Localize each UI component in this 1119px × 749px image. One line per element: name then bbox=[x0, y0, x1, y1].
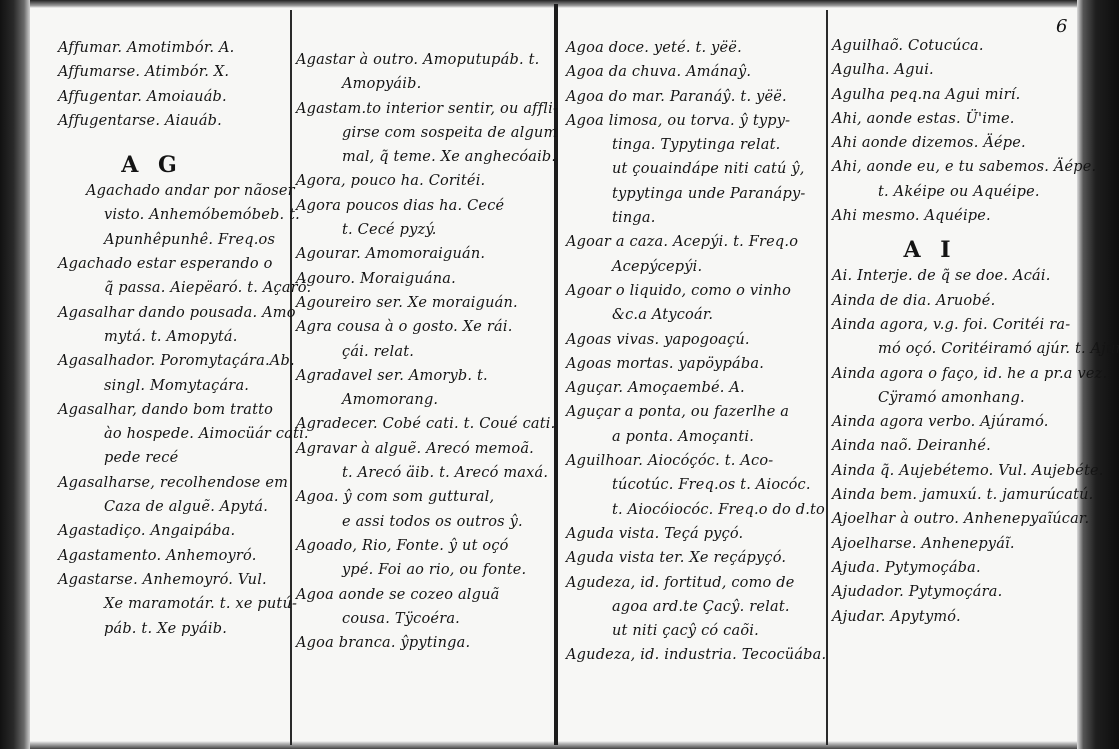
dictionary-entry: Agoa. ŷ com som guttural, bbox=[296, 485, 550, 509]
dictionary-entry: Agora, pouco ha. Coritéi. bbox=[296, 169, 550, 193]
entry-continuation-line: mal, q̃ teme. Xe anghecóaib. bbox=[296, 145, 550, 169]
dictionary-entry: Ainda de dia. Aruobé. bbox=[832, 289, 1068, 313]
scan-edge-top bbox=[0, 0, 1119, 8]
entry-continuation-line: ào hospede. Aimocüár cati. bbox=[58, 422, 286, 446]
dictionary-column-2: Agastar à outro. Amoputupáb. t.Amopyáib.… bbox=[296, 48, 550, 655]
dictionary-entry: Agoas mortas. yapöypába. bbox=[566, 352, 822, 376]
dictionary-entry: Aguda vista ter. Xe reçápyçó. bbox=[566, 546, 822, 570]
entry-continuation-line: túcotúc. Freq.os t. Aiocóc. bbox=[566, 473, 822, 497]
dictionary-entry: Agulha. Agui. bbox=[832, 58, 1068, 82]
dictionary-entry: Agasalhador. Poromytaçára.Ab. bbox=[58, 349, 286, 373]
entry-continuation-line: Amomorang. bbox=[296, 388, 550, 412]
dictionary-entry: Agra cousa à o gosto. Xe rái. bbox=[296, 315, 550, 339]
dictionary-entry: Agoureiro ser. Xe moraiguán. bbox=[296, 291, 550, 315]
entry-continuation-line: typytinga unde Paranápy- bbox=[566, 182, 822, 206]
entry-continuation-line: páb. t. Xe pyáib. bbox=[58, 617, 286, 641]
dictionary-entry: Affumarse. Atimbór. X. bbox=[58, 60, 286, 84]
dictionary-entry: Ajoelhar à outro. Anhenepyaĩúcar. bbox=[832, 507, 1068, 531]
entry-continuation-line: e assi todos os outros ŷ. bbox=[296, 510, 550, 534]
scan-edge-left bbox=[0, 0, 30, 749]
section-heading-ai: A I bbox=[832, 228, 1068, 264]
dictionary-entry: Aguçar. Amoçaembé. A. bbox=[566, 376, 822, 400]
entry-continuation-line: t. Arecó äib. t. Arecó maxá. bbox=[296, 461, 550, 485]
dictionary-entry: Agastamento. Anhemoyró. bbox=[58, 544, 286, 568]
entry-continuation-line: Xe maramotár. t. xe putú- bbox=[58, 592, 286, 616]
dictionary-entry: Agoa doce. yeté. t. yëë. bbox=[566, 36, 822, 60]
dictionary-column-4: Aguilhaõ. Cotucúca.Agulha. Agui.Agulha p… bbox=[832, 34, 1068, 629]
dictionary-entry: Aguda vista. Teçá pyçó. bbox=[566, 522, 822, 546]
dictionary-entry: Agoado, Rio, Fonte. ŷ ut oçó bbox=[296, 534, 550, 558]
dictionary-entry: Agoa do mar. Paranáŷ. t. yëë. bbox=[566, 85, 822, 109]
dictionary-entry: Ainda q̃. Aujebétemo. Vul. Aujebéte. bbox=[832, 459, 1068, 483]
dictionary-entry: Agasalhar dando pousada. Amo bbox=[58, 301, 286, 325]
section-heading-ag: A G bbox=[58, 143, 286, 179]
scan-edge-bottom bbox=[0, 741, 1119, 749]
dictionary-entry: Ahi mesmo. Aquéipe. bbox=[832, 204, 1068, 228]
entry-continuation-line: Acepýcepýi. bbox=[566, 255, 822, 279]
entry-continuation-line: singl. Momytaçára. bbox=[58, 374, 286, 398]
dictionary-column-1: Affumar. Amotimbór. A.Affumarse. Atimbór… bbox=[58, 36, 286, 641]
entries: Agoa doce. yeté. t. yëë.Agoa da chuva. A… bbox=[566, 36, 822, 668]
entry-continuation-line: Caza de alguẽ. Apytá. bbox=[58, 495, 286, 519]
dictionary-entry: Aguilhaõ. Cotucúca. bbox=[832, 34, 1068, 58]
dictionary-entry: Ajoelharse. Anhenepyáĩ. bbox=[832, 532, 1068, 556]
entry-continuation-line: Apunhêpunhê. Freq.os bbox=[58, 228, 286, 252]
entry-continuation-line: &c.a Atycoár. bbox=[566, 303, 822, 327]
dictionary-entry: Ahi, aonde estas. Ü'ime. bbox=[832, 107, 1068, 131]
dictionary-entry: Agoar a caza. Acepýi. t. Freq.o bbox=[566, 230, 822, 254]
dictionary-entry: Ainda bem. jamuxú. t. jamurúcatú. bbox=[832, 483, 1068, 507]
entry-continuation-line: a ponta. Amoçanti. bbox=[566, 425, 822, 449]
dictionary-entry: Ahi, aonde eu, e tu sabemos. Äépe. bbox=[832, 155, 1068, 179]
dictionary-entry: Agoa branca. ŷpytinga. bbox=[296, 631, 550, 655]
dictionary-entry: Agravar à alguẽ. Arecó memoã. bbox=[296, 437, 550, 461]
entry-continuation-line: visto. Anhemóbemóbeb. t. bbox=[58, 203, 286, 227]
dictionary-entry: Ajudar. Apytymó. bbox=[832, 605, 1068, 629]
dictionary-entry: Ajuda. Pytymoçába. bbox=[832, 556, 1068, 580]
entry-continuation-line: mó oçó. Coritéiramó ajúr. t. Ajúra- bbox=[832, 337, 1068, 361]
entry-continuation-line: ut çouaindápe niti catú ŷ, bbox=[566, 157, 822, 181]
entry-continuation-line: Agachado andar por nãoser bbox=[58, 179, 286, 203]
entry-continuation-line: mytá. t. Amopytá. bbox=[58, 325, 286, 349]
entry-continuation-line: ypé. Foi ao rio, ou fonte. bbox=[296, 558, 550, 582]
dictionary-entry: Agouro. Moraiguána. bbox=[296, 267, 550, 291]
dictionary-entry: Agoar o liquido, como o vinho bbox=[566, 279, 822, 303]
dictionary-entry: Agachado estar esperando o bbox=[58, 252, 286, 276]
entry-continuation-line: ut niti çacŷ có caõi. bbox=[566, 619, 822, 643]
dictionary-entry: Agora poucos dias ha. Cecé bbox=[296, 194, 550, 218]
dictionary-entry: Agastar à outro. Amoputupáb. t. bbox=[296, 48, 550, 72]
entry-continuation-line: çái. relat. bbox=[296, 340, 550, 364]
dictionary-entry: Agourar. Amomoraiguán. bbox=[296, 242, 550, 266]
entries-bottom: Agachado andar por nãoservisto. Anhemóbe… bbox=[58, 179, 286, 641]
dictionary-entry: Agastam.to interior sentir, ou affli- bbox=[296, 97, 550, 121]
entry-continuation-line: t. Cecé pyzý. bbox=[296, 218, 550, 242]
dictionary-entry: Ahi aonde dizemos. Äépe. bbox=[832, 131, 1068, 155]
dictionary-entry: Agradecer. Cobé cati. t. Coué cati. bbox=[296, 412, 550, 436]
column-rule-left-page bbox=[290, 10, 292, 745]
dictionary-entry: Affumar. Amotimbór. A. bbox=[58, 36, 286, 60]
dictionary-entry: Ajudador. Pytymoçára. bbox=[832, 580, 1068, 604]
dictionary-entry: Agudeza, id. industria. Tecocüába. bbox=[566, 643, 822, 667]
entries: Agastar à outro. Amoputupáb. t.Amopyáib.… bbox=[296, 48, 550, 655]
entry-continuation-line: Amopyáib. bbox=[296, 72, 550, 96]
entry-continuation-line: cousa. Tÿcoéra. bbox=[296, 607, 550, 631]
manuscript-spread: 6 Affumar. Amotimbór. A.Affumarse. Atimb… bbox=[0, 0, 1119, 749]
column-rule-right-page bbox=[826, 10, 828, 745]
entry-continuation-line: agoa ard.te Çacŷ. relat. bbox=[566, 595, 822, 619]
dictionary-entry: Agastadiço. Angaipába. bbox=[58, 519, 286, 543]
dictionary-entry: Agasalharse, recolhendose em bbox=[58, 471, 286, 495]
dictionary-column-3: Agoa doce. yeté. t. yëë.Agoa da chuva. A… bbox=[566, 36, 822, 668]
dictionary-entry: Agoa da chuva. Amánaŷ. bbox=[566, 60, 822, 84]
entry-continuation-line: tinga. bbox=[566, 206, 822, 230]
entry-continuation-line: girse com sospeita de algum bbox=[296, 121, 550, 145]
entry-continuation-line: Cÿramó amonhang. bbox=[832, 386, 1068, 410]
dictionary-entry: Ainda agora verbo. Ajúramó. bbox=[832, 410, 1068, 434]
dictionary-entry: Affugentar. Amoiauáb. bbox=[58, 85, 286, 109]
dictionary-entry: Ai. Interje. de q̃ se doe. Acái. bbox=[832, 264, 1068, 288]
entry-continuation-line: tinga. Typytinga relat. bbox=[566, 133, 822, 157]
dictionary-entry: Agoa aonde se cozeo alguã bbox=[296, 583, 550, 607]
entry-continuation-line: pede recé bbox=[58, 446, 286, 470]
dictionary-entry: Aguilhoar. Aiocóçóc. t. Aco- bbox=[566, 449, 822, 473]
entries-bottom: Ai. Interje. de q̃ se doe. Acái.Ainda de… bbox=[832, 264, 1068, 628]
dictionary-entry: Aguçar a ponta, ou fazerlhe a bbox=[566, 400, 822, 424]
entry-continuation-line: t. Aiocóiocóc. Freq.o do d.to bbox=[566, 498, 822, 522]
dictionary-entry: Affugentarse. Aiauáb. bbox=[58, 109, 286, 133]
dictionary-entry: Agasalhar, dando bom tratto bbox=[58, 398, 286, 422]
dictionary-entry: Ainda agora o faço, id. he a pr.a vez. bbox=[832, 362, 1068, 386]
dictionary-entry: Agudeza, id. fortitud, como de bbox=[566, 571, 822, 595]
dictionary-entry: Agulha peq.na Agui mirí. bbox=[832, 83, 1068, 107]
entry-continuation-line: q̃ passa. Aiepëaró. t. Açaró. bbox=[58, 276, 286, 300]
dictionary-entry: Agradavel ser. Amoryb. t. bbox=[296, 364, 550, 388]
dictionary-entry: Ainda agora, v.g. foi. Coritéi ra- bbox=[832, 313, 1068, 337]
dictionary-entry: Agoas vivas. yapogoaçú. bbox=[566, 328, 822, 352]
dictionary-entry: Ainda naõ. Deiranhé. bbox=[832, 434, 1068, 458]
entries-top: Affumar. Amotimbór. A.Affumarse. Atimbór… bbox=[58, 36, 286, 133]
dictionary-entry: Agastarse. Anhemoyró. Vul. bbox=[58, 568, 286, 592]
dictionary-entry: Agoa limosa, ou torva. ŷ typy- bbox=[566, 109, 822, 133]
entries-top: Aguilhaõ. Cotucúca.Agulha. Agui.Agulha p… bbox=[832, 34, 1068, 228]
entry-continuation-line: t. Akéipe ou Aquéipe. bbox=[832, 180, 1068, 204]
